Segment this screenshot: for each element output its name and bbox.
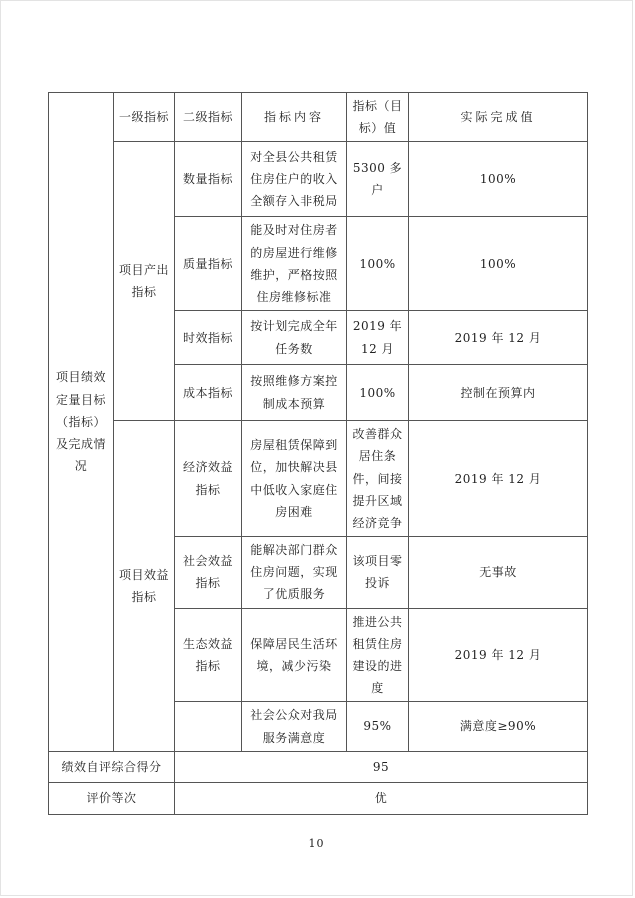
header-level2-indicator: 二级指标 (175, 93, 242, 142)
actual-value-cell: 2019 年 12 月 (409, 421, 588, 537)
group-output-indicators-cell: 项目产出指标 (114, 142, 175, 421)
target-value-cell: 100% (347, 365, 409, 421)
performance-evaluation-table: 项目绩效 定量目标 （指标） 及完成情 况 一级指标 二级指标 指标内容 指标（… (48, 92, 588, 815)
secondary-indicator-cell: 生态效益指标 (175, 608, 242, 702)
indicator-content-cell: 按照维修方案控制成本预算 (242, 365, 347, 421)
performance-table-wrap: 项目绩效 定量目标 （指标） 及完成情 况 一级指标 二级指标 指标内容 指标（… (48, 92, 588, 815)
secondary-indicator-cell: 社会效益指标 (175, 537, 242, 609)
indicator-content-cell: 按计划完成全年任务数 (242, 311, 347, 365)
summary-grade-label-cell: 评价等次 (49, 782, 175, 814)
indicator-content-cell: 社会公众对我局服务满意度 (242, 702, 347, 751)
actual-value-cell: 控制在预算内 (409, 365, 588, 421)
header-indicator-content: 指标内容 (242, 93, 347, 142)
target-value-cell: 100% (347, 217, 409, 311)
row-group-title-cell: 项目绩效 定量目标 （指标） 及完成情 况 (49, 93, 114, 752)
secondary-indicator-cell (175, 702, 242, 751)
header-actual-value: 实际完成值 (409, 93, 588, 142)
secondary-indicator-cell: 数量指标 (175, 142, 242, 217)
secondary-indicator-cell: 质量指标 (175, 217, 242, 311)
actual-value-cell: 2019 年 12 月 (409, 608, 588, 702)
actual-value-cell: 2019 年 12 月 (409, 311, 588, 365)
table-header-row: 项目绩效 定量目标 （指标） 及完成情 况 一级指标 二级指标 指标内容 指标（… (49, 93, 588, 142)
target-value-cell: 该项目零投诉 (347, 537, 409, 609)
actual-value-cell: 无事故 (409, 537, 588, 609)
document-page: 项目绩效 定量目标 （指标） 及完成情 况 一级指标 二级指标 指标内容 指标（… (0, 0, 633, 896)
header-level1-indicator: 一级指标 (114, 93, 175, 142)
secondary-indicator-cell: 时效指标 (175, 311, 242, 365)
indicator-content-cell: 保障居民生活环境，减少污染 (242, 608, 347, 702)
summary-row-grade: 评价等次 优 (49, 782, 588, 814)
target-value-cell: 改善群众居住条件，间接提升区域经济竞争 (347, 421, 409, 537)
actual-value-cell: 满意度≥90% (409, 702, 588, 751)
page-number: 10 (1, 837, 632, 850)
summary-score-label-cell: 绩效自评综合得分 (49, 751, 175, 782)
summary-row-score: 绩效自评综合得分 95 (49, 751, 588, 782)
actual-value-cell: 100% (409, 142, 588, 217)
indicator-content-cell: 能解决部门群众住房问题，实现了优质服务 (242, 537, 347, 609)
secondary-indicator-cell: 成本指标 (175, 365, 242, 421)
header-target-value: 指标（目标）值 (347, 93, 409, 142)
table-row-economic-benefit: 项目效益指标 经济效益指标 房屋租赁保障到位，加快解决县中低收入家庭住房困难 改… (49, 421, 588, 537)
table-row-quantity: 项目产出指标 数量指标 对全县公共租赁住房住户的收入全额存入非税局 5300 多… (49, 142, 588, 217)
secondary-indicator-cell: 经济效益指标 (175, 421, 242, 537)
group-benefit-indicators-cell: 项目效益指标 (114, 421, 175, 752)
target-value-cell: 2019 年 12 月 (347, 311, 409, 365)
indicator-content-cell: 房屋租赁保障到位，加快解决县中低收入家庭住房困难 (242, 421, 347, 537)
target-value-cell: 推进公共租赁住房建设的进度 (347, 608, 409, 702)
actual-value-cell: 100% (409, 217, 588, 311)
indicator-content-cell: 能及时对住房者的房屋进行维修维护，严格按照住房维修标准 (242, 217, 347, 311)
summary-score-value-cell: 95 (175, 751, 588, 782)
target-value-cell: 5300 多户 (347, 142, 409, 217)
target-value-cell: 95% (347, 702, 409, 751)
indicator-content-cell: 对全县公共租赁住房住户的收入全额存入非税局 (242, 142, 347, 217)
summary-grade-value-cell: 优 (175, 782, 588, 814)
